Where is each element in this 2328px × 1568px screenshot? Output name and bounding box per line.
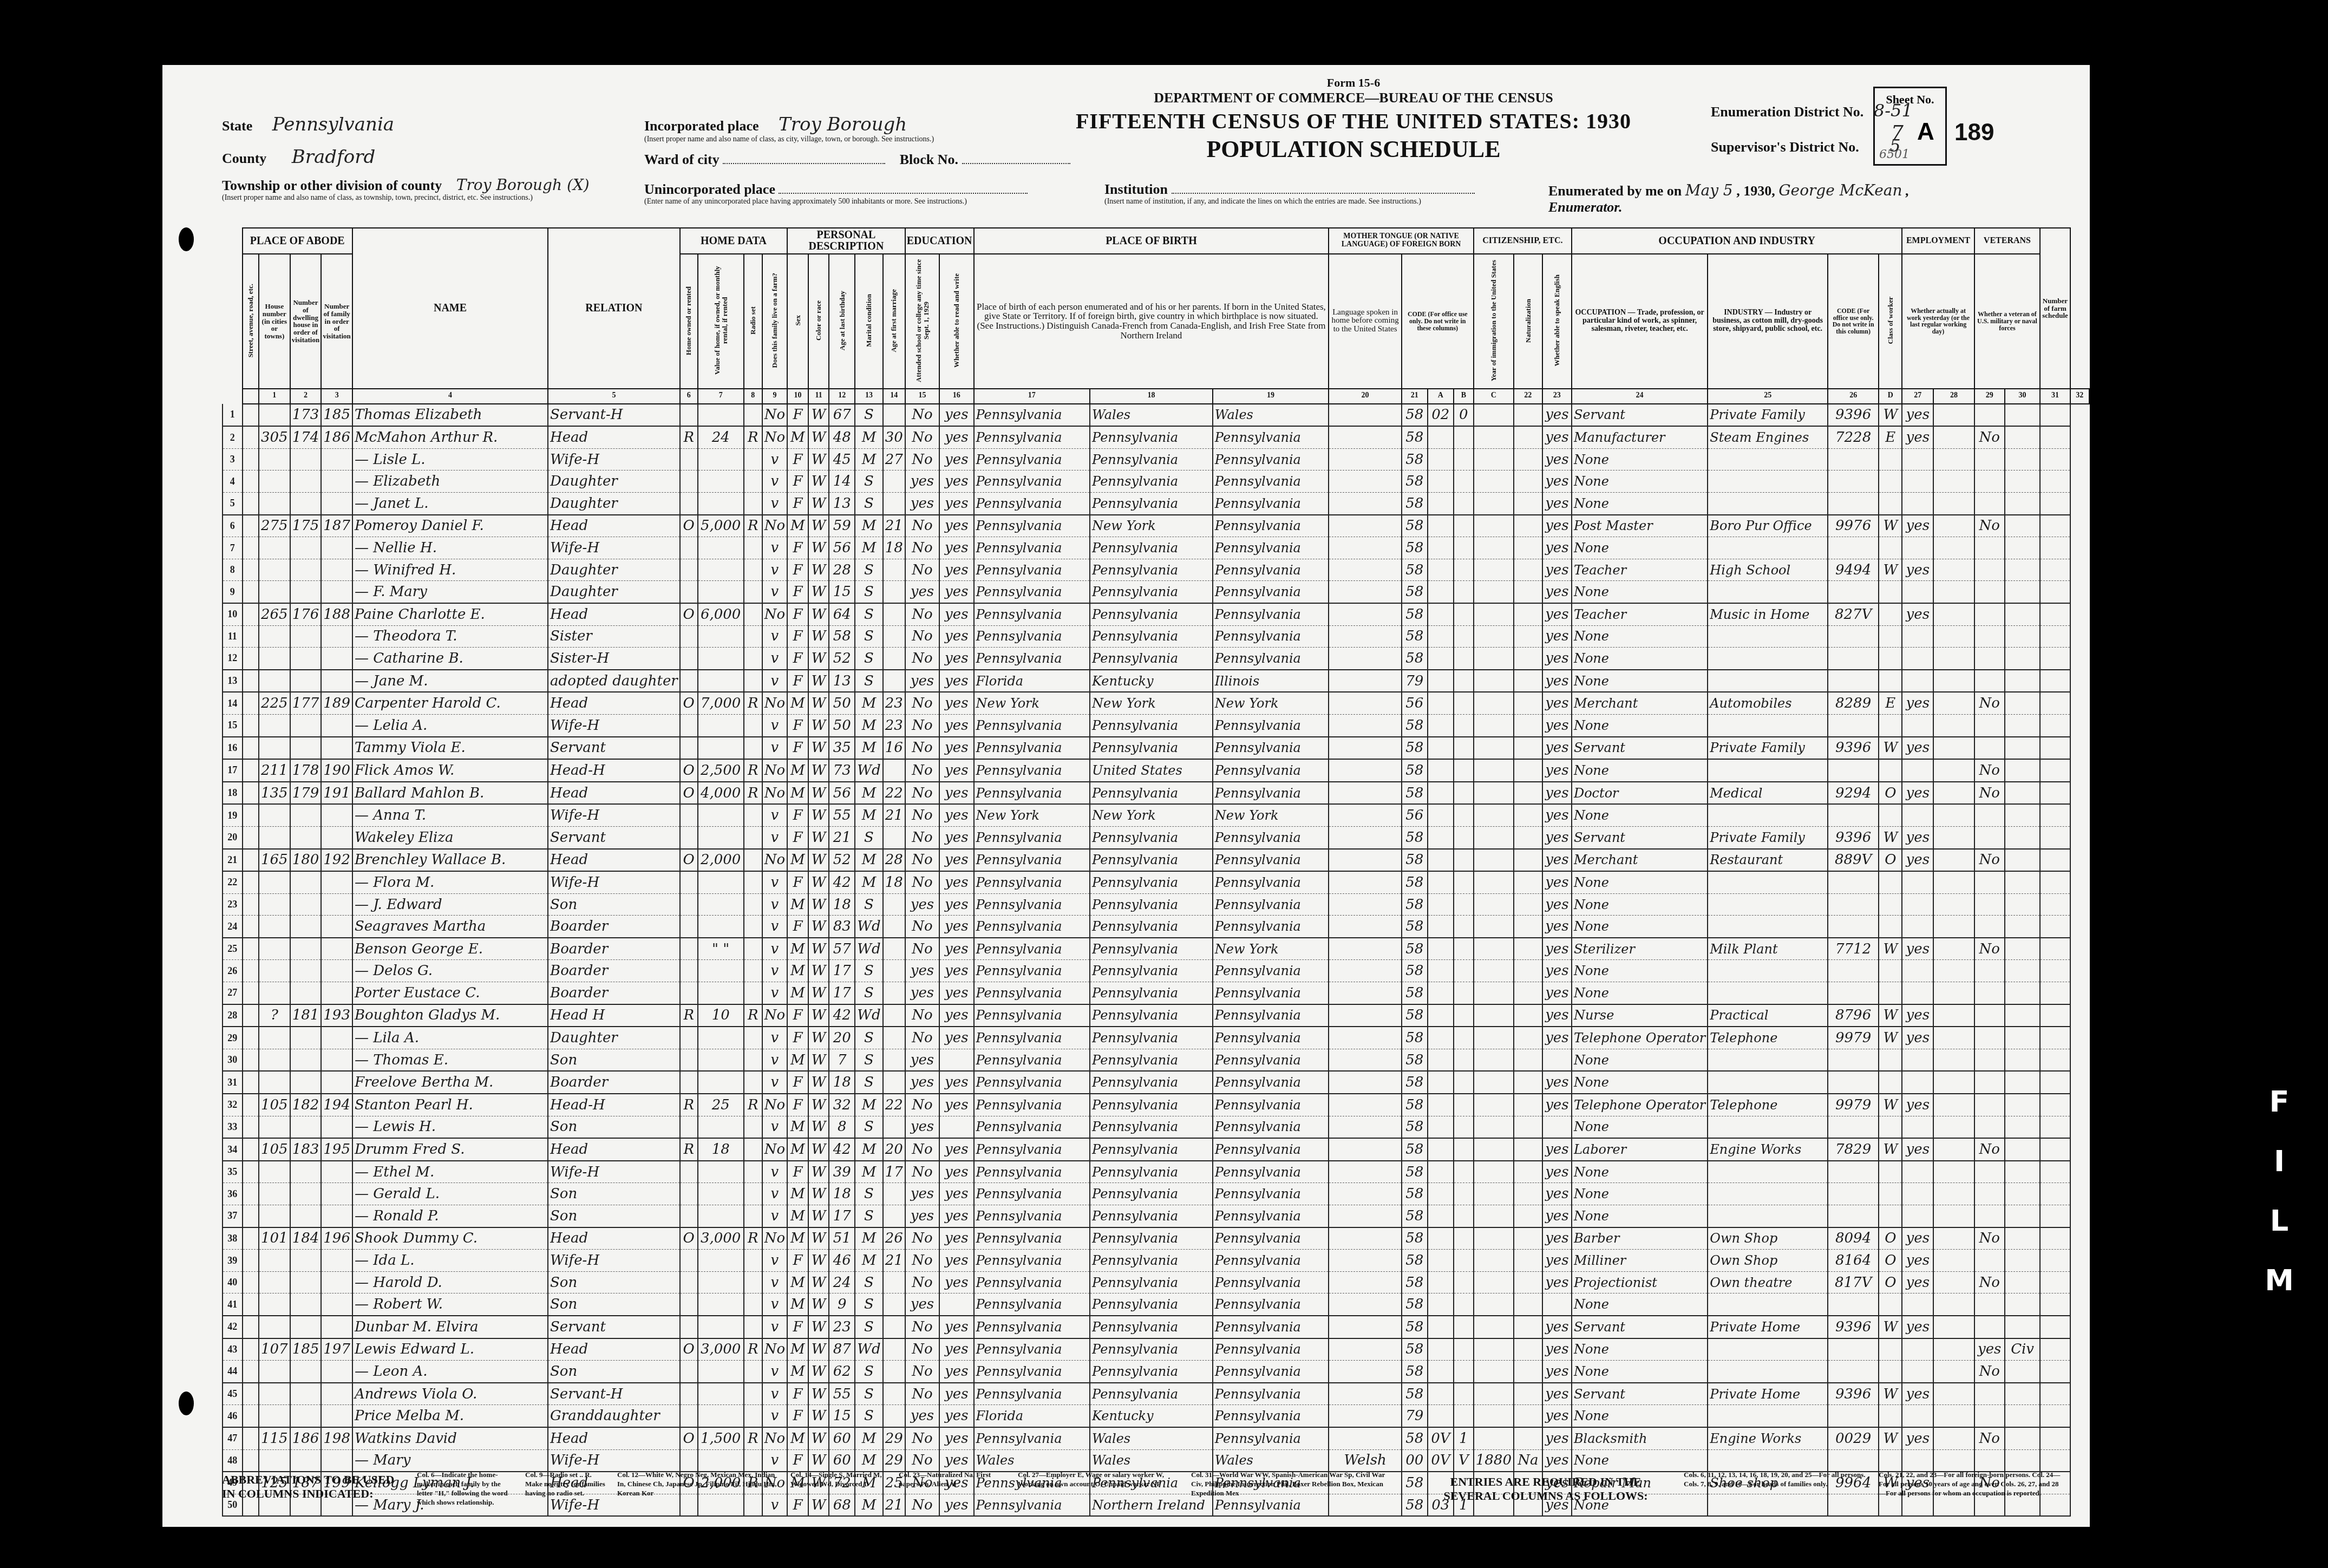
- cell-war: [2005, 426, 2040, 448]
- cell-school: No: [905, 1004, 939, 1027]
- cell-relation: Son: [548, 1293, 680, 1316]
- cell-read: yes: [939, 1250, 973, 1272]
- cell-house: [259, 1383, 290, 1405]
- cell-radio: R: [744, 1094, 762, 1116]
- cell-radio: R: [744, 515, 762, 537]
- cell-immig: [1474, 893, 1514, 916]
- header-c32: Number of farm schedule: [2040, 228, 2070, 389]
- cell-occupation: None: [1572, 1338, 1708, 1361]
- cell-marital: S: [855, 1361, 882, 1383]
- cell-age_marr: [883, 1004, 905, 1027]
- cell-immig: [1474, 1427, 1514, 1449]
- cell-dwelling: [290, 559, 322, 581]
- cell-age_marr: [883, 1183, 905, 1205]
- cell-codeA: 58: [1402, 559, 1428, 581]
- cell-race: W: [808, 938, 829, 960]
- cell-tongue: [1329, 670, 1401, 692]
- cell-mother: Pennsylvania: [1213, 1094, 1329, 1116]
- cell-school: yes: [905, 960, 939, 982]
- cell-unemp: [1933, 849, 1974, 872]
- cell-age: 64: [829, 603, 855, 625]
- cell-name: Flick Amos W.: [352, 759, 548, 782]
- cell-read: yes: [939, 1383, 973, 1405]
- cell-age: 45: [829, 448, 855, 471]
- cell-codeB: [1428, 1183, 1454, 1205]
- cell-war: [2005, 1161, 2040, 1183]
- cell-race: W: [808, 1316, 829, 1338]
- cell-codeB: 0V: [1428, 1427, 1454, 1449]
- cell-mother: Pennsylvania: [1213, 515, 1329, 537]
- cell-mother: Pennsylvania: [1213, 916, 1329, 938]
- group-home: HOME DATA: [680, 228, 787, 254]
- cell-birth: Pennsylvania: [974, 537, 1090, 559]
- cell-father: Pennsylvania: [1090, 625, 1213, 648]
- cell-value: [698, 1293, 744, 1316]
- cell-natur: [1514, 849, 1542, 872]
- cell-radio: [744, 1071, 762, 1094]
- cell-age_marr: [883, 759, 905, 782]
- cell-mother: Pennsylvania: [1213, 1338, 1329, 1361]
- cell-work: [1902, 1183, 1933, 1205]
- line-number: 28: [223, 1004, 243, 1027]
- cell-mother: Pennsylvania: [1213, 1427, 1329, 1449]
- cell-marital: S: [855, 1183, 882, 1205]
- cell-owned: [680, 1293, 698, 1316]
- cell-marital: S: [855, 982, 882, 1004]
- cell-unemp: [1933, 1027, 1974, 1049]
- cell-race: W: [808, 1338, 829, 1361]
- cell-farm: No: [762, 515, 787, 537]
- cell-name: Seagraves Martha: [352, 916, 548, 938]
- cell-codeB: [1428, 493, 1454, 515]
- cell-war: [2005, 982, 2040, 1004]
- cell-farm: No: [762, 782, 787, 805]
- cell-family: 189: [321, 692, 352, 714]
- cell-war: [2005, 471, 2040, 493]
- cell-mother: Pennsylvania: [1213, 1049, 1329, 1071]
- cell-codeC: [1454, 448, 1474, 471]
- cell-codeD: 9294: [1828, 782, 1879, 805]
- cell-industry: [1708, 916, 1828, 938]
- cell-class: W: [1879, 515, 1902, 537]
- cell-unemp: [1933, 1205, 1974, 1227]
- cell-farm: v: [762, 737, 787, 760]
- cell-class: [1879, 1205, 1902, 1227]
- cell-birth: Pennsylvania: [974, 916, 1090, 938]
- line-number: 41: [223, 1293, 243, 1316]
- cell-birth: New York: [974, 692, 1090, 714]
- cell-tongue: [1329, 426, 1401, 448]
- cell-radio: [744, 1027, 762, 1049]
- cell-sex: F: [787, 404, 808, 427]
- cell-father: Pennsylvania: [1090, 1361, 1213, 1383]
- cell-school: No: [905, 448, 939, 471]
- cell-dwelling: [290, 1027, 322, 1049]
- cell-work: yes: [1902, 515, 1933, 537]
- table-row: 10265176188Paine Charlotte E.HeadO6,000N…: [223, 603, 2089, 625]
- cell-street: [243, 603, 259, 625]
- cell-father: Pennsylvania: [1090, 849, 1213, 872]
- column-number: 24: [1572, 389, 1708, 404]
- cell-school: No: [905, 625, 939, 648]
- cell-farm: v: [762, 982, 787, 1004]
- cell-house: [259, 1027, 290, 1049]
- cell-mother: Pennsylvania: [1213, 893, 1329, 916]
- cell-owned: [680, 1027, 698, 1049]
- cell-natur: [1514, 648, 1542, 670]
- cell-unemp: [1933, 1427, 1974, 1449]
- cell-dwelling: [290, 737, 322, 760]
- cell-sex: F: [787, 714, 808, 736]
- cell-marital: S: [855, 1071, 882, 1094]
- cell-class: O: [1879, 1227, 1902, 1250]
- cell-school: No: [905, 737, 939, 760]
- group-citizenship: CITIZENSHIP, ETC.: [1474, 228, 1572, 254]
- cell-natur: [1514, 737, 1542, 760]
- cell-farm_sched: [2040, 916, 2070, 938]
- cell-english: yes: [1542, 426, 1572, 448]
- cell-street: [243, 1183, 259, 1205]
- cell-relation: Wife-H: [548, 804, 680, 826]
- cell-farm_sched: [2040, 581, 2070, 603]
- cell-house: [259, 1116, 290, 1138]
- cell-english: yes: [1542, 1250, 1572, 1272]
- cell-class: [1879, 1116, 1902, 1138]
- cell-class: [1879, 759, 1902, 782]
- cell-sex: M: [787, 515, 808, 537]
- cell-farm_sched: [2040, 714, 2070, 736]
- cell-value: [698, 982, 744, 1004]
- cell-value: 5,000: [698, 515, 744, 537]
- cell-class: W: [1879, 1316, 1902, 1338]
- cell-codeC: [1454, 1183, 1474, 1205]
- cell-house: 211: [259, 759, 290, 782]
- cell-work: [1902, 1361, 1933, 1383]
- cell-tongue: [1329, 648, 1401, 670]
- cell-name: — Ida L.: [352, 1250, 548, 1272]
- column-number: 4: [352, 389, 548, 404]
- cell-owned: R: [680, 426, 698, 448]
- cell-street: [243, 1271, 259, 1293]
- cell-read: yes: [939, 471, 973, 493]
- cell-farm_sched: [2040, 871, 2070, 893]
- cell-read: yes: [939, 826, 973, 848]
- cell-family: [321, 1071, 352, 1094]
- cell-immig: [1474, 670, 1514, 692]
- cell-class: [1879, 603, 1902, 625]
- cell-name: — F. Mary: [352, 581, 548, 603]
- cell-race: W: [808, 916, 829, 938]
- cell-school: No: [905, 603, 939, 625]
- line-number: 33: [223, 1116, 243, 1138]
- cell-street: [243, 1361, 259, 1383]
- cell-read: yes: [939, 1227, 973, 1250]
- cell-name: Porter Eustace C.: [352, 982, 548, 1004]
- cell-street: [243, 782, 259, 805]
- cell-mother: Pennsylvania: [1213, 625, 1329, 648]
- cell-relation: Wife-H: [548, 871, 680, 893]
- cell-codeA: 58: [1402, 1271, 1428, 1293]
- cell-street: [243, 1227, 259, 1250]
- cell-industry: [1708, 625, 1828, 648]
- cell-war: [2005, 938, 2040, 960]
- cell-codeD: 9396: [1828, 737, 1879, 760]
- cell-marital: M: [855, 782, 882, 805]
- cell-school: No: [905, 1271, 939, 1293]
- cell-race: W: [808, 737, 829, 760]
- cell-value: 2,000: [698, 849, 744, 872]
- cell-unemp: [1933, 1338, 1974, 1361]
- cell-work: yes: [1902, 692, 1933, 714]
- form-number: Form 15-6: [1137, 76, 1570, 90]
- cell-codeB: [1428, 559, 1454, 581]
- cell-read: yes: [939, 670, 973, 692]
- cell-war: [2005, 782, 2040, 805]
- cell-age: 8: [829, 1116, 855, 1138]
- cell-marital: M: [855, 448, 882, 471]
- cell-family: [321, 493, 352, 515]
- cell-marital: S: [855, 648, 882, 670]
- cell-codeB: [1428, 1383, 1454, 1405]
- cell-natur: [1514, 515, 1542, 537]
- cell-immig: [1474, 603, 1514, 625]
- cell-class: [1879, 493, 1902, 515]
- cell-street: [243, 515, 259, 537]
- cell-farm: v: [762, 1183, 787, 1205]
- cell-class: W: [1879, 1138, 1902, 1161]
- cell-industry: [1708, 1183, 1828, 1205]
- cell-age_marr: [883, 648, 905, 670]
- cell-age: 39: [829, 1161, 855, 1183]
- cell-house: 225: [259, 692, 290, 714]
- cell-read: yes: [939, 849, 973, 872]
- cell-class: [1879, 1183, 1902, 1205]
- cell-unemp: [1933, 1116, 1974, 1138]
- cell-war: [2005, 537, 2040, 559]
- cell-codeD: 817V: [1828, 1271, 1879, 1293]
- cell-age: 48: [829, 426, 855, 448]
- cell-work: yes: [1902, 1427, 1933, 1449]
- cell-tongue: [1329, 493, 1401, 515]
- cell-radio: [744, 448, 762, 471]
- cell-unemp: [1933, 826, 1974, 848]
- cell-radio: [744, 1316, 762, 1338]
- line-number: 40: [223, 1271, 243, 1293]
- cell-birth: Pennsylvania: [974, 1027, 1090, 1049]
- cell-name: — Delos G.: [352, 960, 548, 982]
- cell-read: yes: [939, 448, 973, 471]
- cell-relation: Head H: [548, 1004, 680, 1027]
- cell-house: [259, 916, 290, 938]
- cell-school: No: [905, 1138, 939, 1161]
- cell-birth: Pennsylvania: [974, 871, 1090, 893]
- cell-relation: Head: [548, 1427, 680, 1449]
- cell-codeB: [1428, 537, 1454, 559]
- cell-codeD: 7829: [1828, 1138, 1879, 1161]
- cell-owned: [680, 960, 698, 982]
- cell-school: No: [905, 1227, 939, 1250]
- cell-unemp: [1933, 1161, 1974, 1183]
- cell-occupation: None: [1572, 1116, 1708, 1138]
- cell-industry: [1708, 1293, 1828, 1316]
- cell-street: [243, 537, 259, 559]
- cell-occupation: None: [1572, 982, 1708, 1004]
- cell-industry: [1708, 1361, 1828, 1383]
- cell-vet: [1974, 1161, 2005, 1183]
- group-occupation: OCCUPATION AND INDUSTRY: [1572, 228, 1902, 254]
- cell-natur: [1514, 1427, 1542, 1449]
- cell-tongue: [1329, 404, 1401, 427]
- cell-age_marr: [883, 404, 905, 427]
- cell-war: [2005, 581, 2040, 603]
- cell-immig: [1474, 737, 1514, 760]
- cell-codeD: [1828, 1116, 1879, 1138]
- cell-work: [1902, 1071, 1933, 1094]
- cell-sex: M: [787, 893, 808, 916]
- cell-value: [698, 625, 744, 648]
- cell-english: yes: [1542, 493, 1572, 515]
- cell-street: [243, 493, 259, 515]
- cell-farm_sched: [2040, 982, 2070, 1004]
- cell-farm_sched: [2040, 1094, 2070, 1116]
- cell-dwelling: 184: [290, 1227, 322, 1250]
- cell-relation: Head-H: [548, 1094, 680, 1116]
- cell-age_marr: [883, 1293, 905, 1316]
- cell-marital: Wd: [855, 759, 882, 782]
- cell-school: yes: [905, 670, 939, 692]
- cell-class: [1879, 871, 1902, 893]
- cell-war: [2005, 737, 2040, 760]
- cell-family: [321, 1405, 352, 1427]
- line-number: 6: [223, 515, 243, 537]
- table-row: 16Tammy Viola E.ServantvFW35M16NoyesPenn…: [223, 737, 2089, 760]
- cell-farm: v: [762, 648, 787, 670]
- cell-codeA: 79: [1402, 1405, 1428, 1427]
- cell-house: 115: [259, 1427, 290, 1449]
- cell-sex: F: [787, 804, 808, 826]
- cell-farm: v: [762, 1161, 787, 1183]
- cell-industry: Steam Engines: [1708, 426, 1828, 448]
- cell-english: yes: [1542, 471, 1572, 493]
- cell-father: Pennsylvania: [1090, 893, 1213, 916]
- cell-unemp: [1933, 1227, 1974, 1250]
- line-number: 8: [223, 559, 243, 581]
- cell-race: W: [808, 471, 829, 493]
- cell-codeB: [1428, 782, 1454, 805]
- column-number: 3: [321, 389, 352, 404]
- cell-school: No: [905, 1361, 939, 1383]
- cell-work: yes: [1902, 826, 1933, 848]
- line-number: 42: [223, 1316, 243, 1338]
- cell-owned: O: [680, 1427, 698, 1449]
- cell-value: 25: [698, 1094, 744, 1116]
- cell-tongue: [1329, 893, 1401, 916]
- cell-natur: [1514, 1116, 1542, 1138]
- cell-mother: Pennsylvania: [1213, 537, 1329, 559]
- cell-value: [698, 559, 744, 581]
- cell-age_marr: [883, 893, 905, 916]
- cell-sex: F: [787, 471, 808, 493]
- cell-radio: [744, 493, 762, 515]
- census-title: FIFTEENTH CENSUS OF THE UNITED STATES: 1…: [975, 108, 1732, 134]
- cell-vet: [1974, 1383, 2005, 1405]
- cell-age_marr: [883, 960, 905, 982]
- cell-relation: Sister-H: [548, 648, 680, 670]
- cell-unemp: [1933, 515, 1974, 537]
- cell-dwelling: [290, 871, 322, 893]
- cell-dwelling: [290, 448, 322, 471]
- cell-war: [2005, 871, 2040, 893]
- cell-farm_sched: [2040, 1271, 2070, 1293]
- cell-codeA: 58: [1402, 1250, 1428, 1272]
- township-field: Township or other division of county Tro…: [222, 176, 601, 202]
- cell-sex: M: [787, 1293, 808, 1316]
- cell-work: yes: [1902, 849, 1933, 872]
- line-number: 24: [223, 916, 243, 938]
- cell-industry: [1708, 759, 1828, 782]
- cell-immig: [1474, 515, 1514, 537]
- cell-race: W: [808, 625, 829, 648]
- cell-english: yes: [1542, 625, 1572, 648]
- cell-natur: [1514, 1338, 1542, 1361]
- cell-industry: [1708, 1205, 1828, 1227]
- cell-sex: F: [787, 1405, 808, 1427]
- cell-street: [243, 804, 259, 826]
- cell-dwelling: 174: [290, 426, 322, 448]
- line-number: 43: [223, 1338, 243, 1361]
- cell-father: Pennsylvania: [1090, 648, 1213, 670]
- cell-codeA: 58: [1402, 648, 1428, 670]
- cell-english: yes: [1542, 893, 1572, 916]
- cell-mother: Illinois: [1213, 670, 1329, 692]
- cell-birth: Pennsylvania: [974, 1361, 1090, 1383]
- cell-read: yes: [939, 493, 973, 515]
- cell-codeB: [1428, 581, 1454, 603]
- cell-birth: Pennsylvania: [974, 1161, 1090, 1183]
- cell-codeB: [1428, 1250, 1454, 1272]
- cell-house: [259, 938, 290, 960]
- group-name: NAME: [352, 228, 548, 389]
- cell-work: yes: [1902, 1271, 1933, 1293]
- column-number: 18: [1090, 389, 1213, 404]
- cell-house: [259, 471, 290, 493]
- cell-farm: v: [762, 938, 787, 960]
- column-number: 27: [1902, 389, 1933, 404]
- cell-house: [259, 1293, 290, 1316]
- cell-dwelling: 178: [290, 759, 322, 782]
- cell-farm_sched: [2040, 1049, 2070, 1071]
- cell-family: [321, 871, 352, 893]
- cell-farm: No: [762, 1138, 787, 1161]
- cell-value: [698, 1071, 744, 1094]
- table-row: 23— J. EdwardSonvMW18SyesyesPennsylvania…: [223, 893, 2089, 916]
- cell-race: W: [808, 1116, 829, 1138]
- cell-owned: O: [680, 782, 698, 805]
- cell-age_marr: 23: [883, 692, 905, 714]
- cell-unemp: [1933, 916, 1974, 938]
- cell-age_marr: [883, 1027, 905, 1049]
- cell-age: 7: [829, 1049, 855, 1071]
- cell-relation: Head: [548, 1338, 680, 1361]
- cell-english: yes: [1542, 1071, 1572, 1094]
- cell-sex: F: [787, 581, 808, 603]
- cell-family: [321, 1383, 352, 1405]
- cell-occupation: Milliner: [1572, 1250, 1708, 1272]
- cell-school: No: [905, 938, 939, 960]
- cell-owned: O: [680, 759, 698, 782]
- cell-father: Pennsylvania: [1090, 714, 1213, 736]
- cell-codeD: [1828, 471, 1879, 493]
